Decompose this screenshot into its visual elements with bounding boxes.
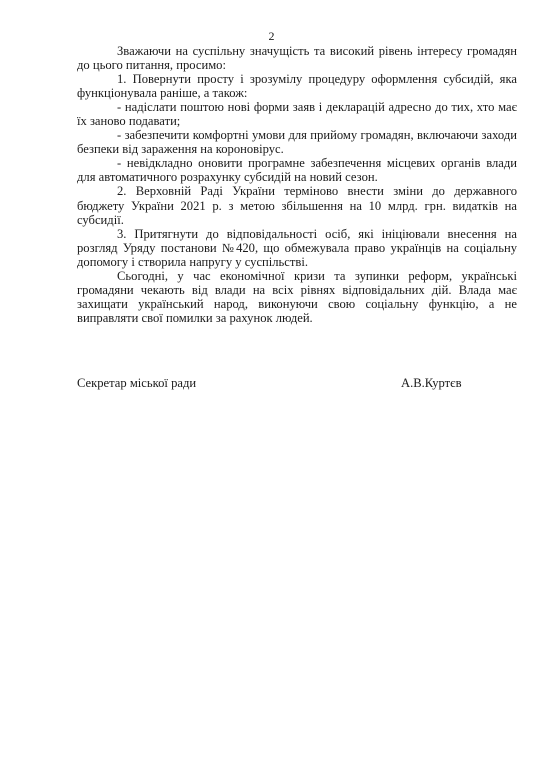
signer-name: А.В.Куртєв [401, 376, 462, 390]
paragraph-conclusion: Сьогодні, у час економічної кризи та зуп… [77, 269, 517, 325]
document-page: 2 Зважаючи на суспільну значущість та ви… [0, 0, 543, 768]
paragraph-subitem-send-forms: - надіслати поштою нові форми заяв і дек… [77, 100, 517, 128]
page-number: 2 [0, 29, 543, 43]
signer-title: Секретар міської ради [77, 376, 196, 390]
document-body: Зважаючи на суспільну значущість та висо… [77, 44, 517, 325]
paragraph-item-2: 2. Верховній Раді України терміново внес… [77, 184, 517, 226]
paragraph-subitem-comfort: - забезпечити комфортні умови для прийом… [77, 128, 517, 156]
paragraph-item-3: 3. Притягнути до відповідальності осіб, … [77, 227, 517, 269]
signature-block: Секретар міської ради А.В.Куртєв [77, 376, 517, 392]
paragraph-item-1: 1. Повернути просту і зрозумілу процедур… [77, 72, 517, 100]
paragraph-subitem-software: - невідкладно оновити програмне забезпеч… [77, 156, 517, 184]
paragraph-intro: Зважаючи на суспільну значущість та висо… [77, 44, 517, 72]
